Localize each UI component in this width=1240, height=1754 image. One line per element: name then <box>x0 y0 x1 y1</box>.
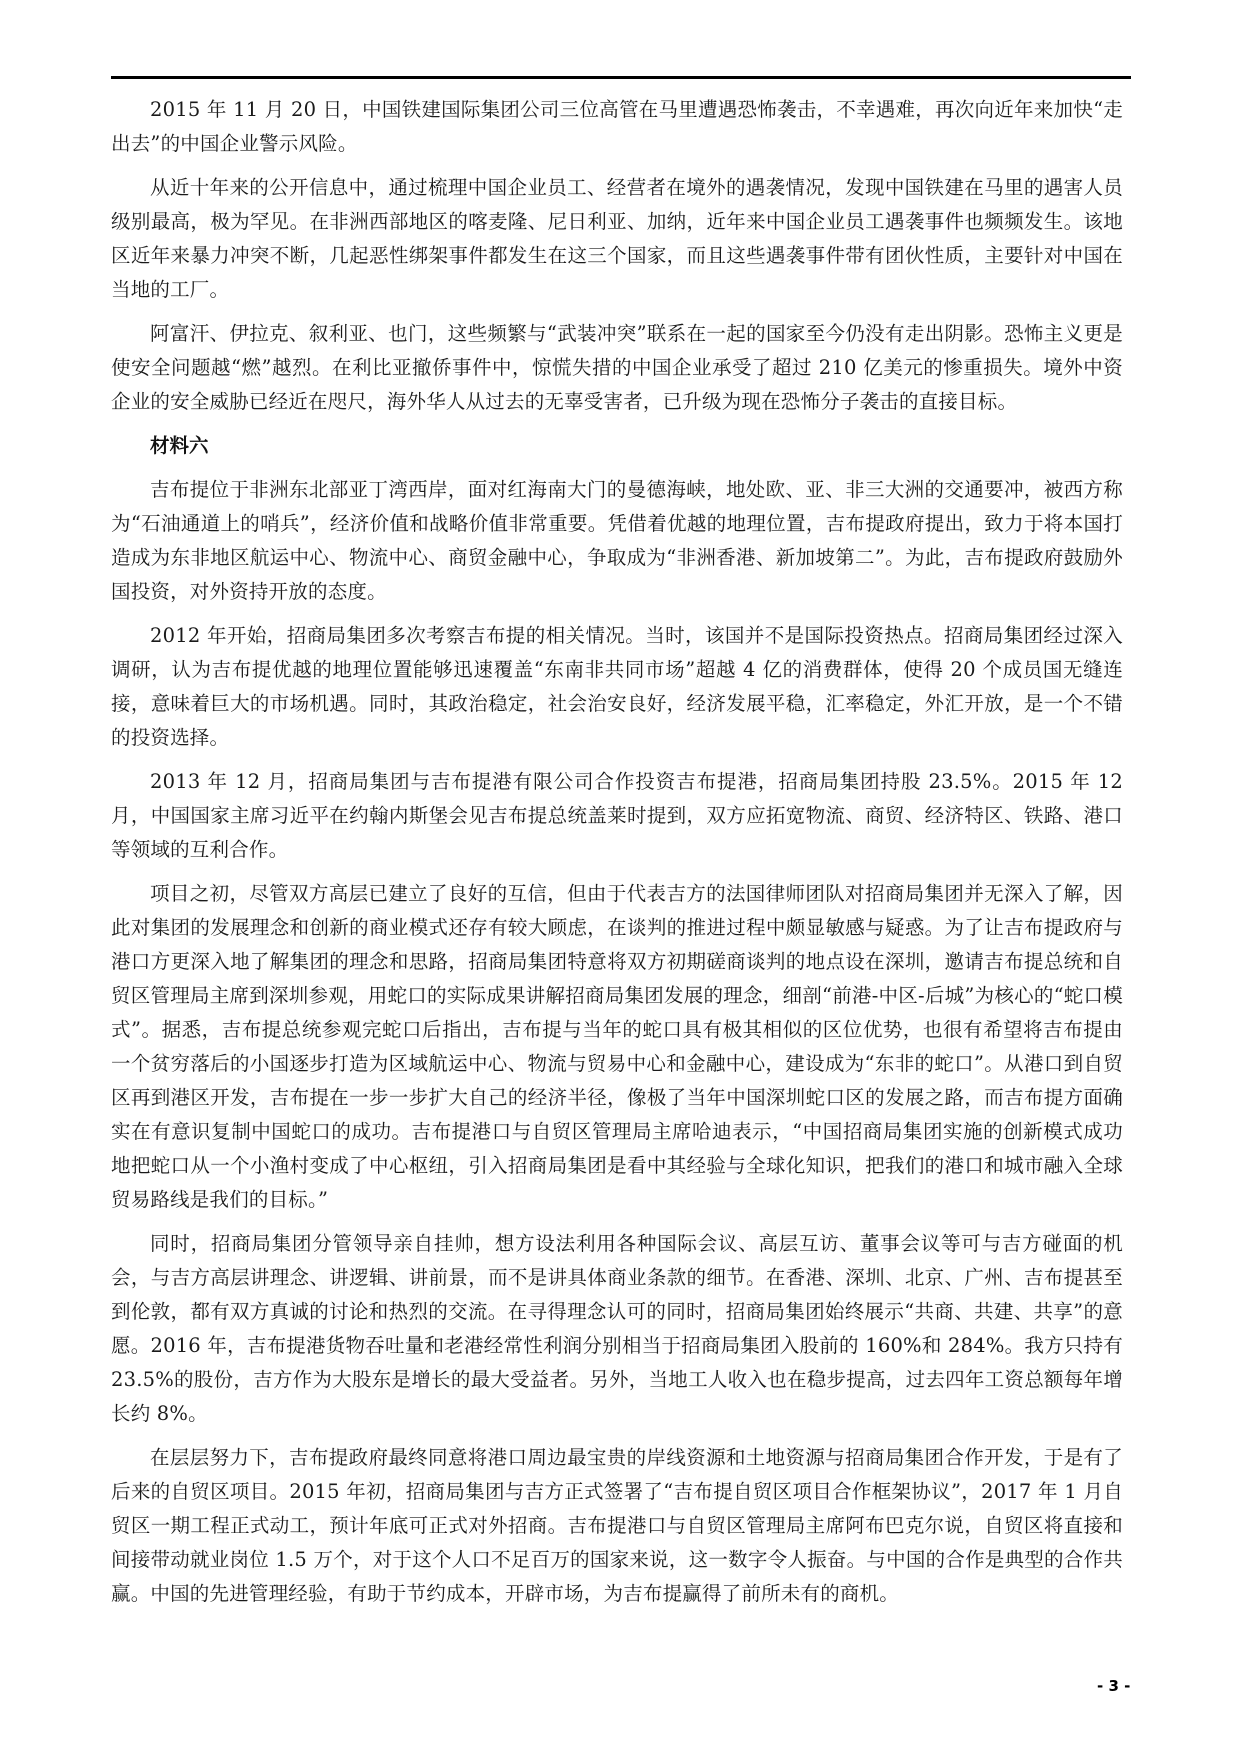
paragraph: 2013 年 12 月，招商局集团与吉布提港有限公司合作投资吉布提港，招商局集团… <box>111 765 1123 867</box>
paragraph: 阿富汗、伊拉克、叙利亚、也门，这些频繁与“武装冲突”联系在一起的国家至今仍没有走… <box>111 317 1123 419</box>
document-body: 2015 年 11 月 20 日，中国铁建国际集团公司三位高管在马里遭遇恐怖袭击… <box>111 93 1123 1621</box>
paragraph: 2012 年开始，招商局集团多次考察吉布提的相关情况。当时，该国并不是国际投资热… <box>111 619 1123 755</box>
paragraph: 在层层努力下，吉布提政府最终同意将港口周边最宝贵的岸线资源和土地资源与招商局集团… <box>111 1441 1123 1611</box>
paragraph: 从近十年来的公开信息中，通过梳理中国企业员工、经营者在境外的遇袭情况，发现中国铁… <box>111 171 1123 307</box>
header-rule <box>111 76 1131 79</box>
paragraph: 2015 年 11 月 20 日，中国铁建国际集团公司三位高管在马里遭遇恐怖袭击… <box>111 93 1123 161</box>
paragraph: 吉布提位于非洲东北部亚丁湾西岸，面对红海南大门的曼德海峡，地处欧、亚、非三大洲的… <box>111 473 1123 609</box>
page-number: - 3 - <box>1097 1677 1130 1695</box>
paragraph: 同时，招商局集团分管领导亲自挂帅，想方设法利用各种国际会议、高层互访、董事会议等… <box>111 1227 1123 1431</box>
paragraph: 项目之初，尽管双方高层已建立了良好的互信，但由于代表吉方的法国律师团队对招商局集… <box>111 877 1123 1217</box>
document-page: 2015 年 11 月 20 日，中国铁建国际集团公司三位高管在马里遭遇恐怖袭击… <box>111 0 1131 1754</box>
section-heading: 材料六 <box>111 429 1123 463</box>
